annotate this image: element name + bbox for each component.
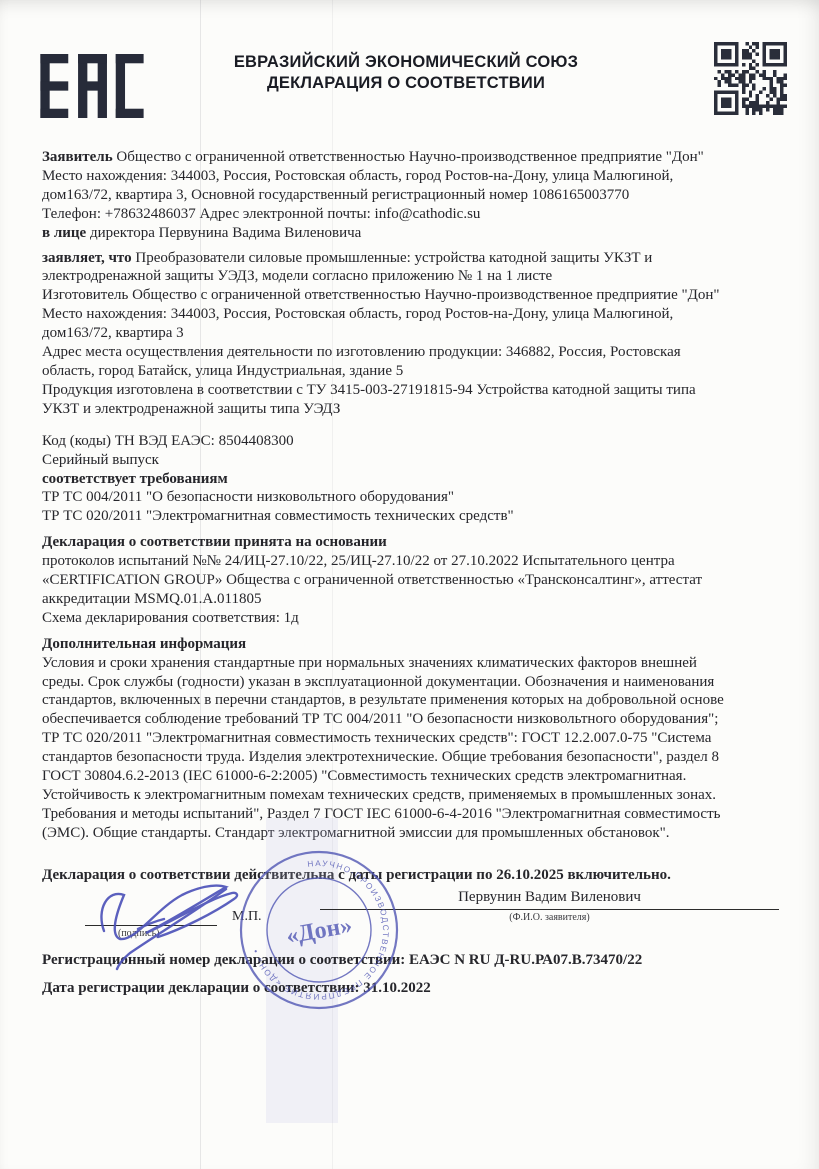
declaration-document: ЕВРАЗИЙСКИЙ ЭКОНОМИЧЕСКИЙ СОЮЗ ДЕКЛАРАЦИ… <box>0 0 819 1169</box>
text-line: УКЗТ и электродренажной защиты типа УЭДЗ <box>42 400 783 419</box>
text-line: Заявитель Общество с ограниченной ответс… <box>42 148 783 167</box>
text-segment: ТР ТС 020/2011 "Электромагнитная совмест… <box>42 508 514 524</box>
document-header: ЕВРАЗИЙСКИЙ ЭКОНОМИЧЕСКИЙ СОЮЗ ДЕКЛАРАЦИ… <box>0 0 819 118</box>
declaration-title: ДЕКЛАРАЦИЯ О СООТВЕТСТВИИ <box>144 73 668 94</box>
document-body: Заявитель Общество с ограниченной ответс… <box>42 148 783 885</box>
union-title: ЕВРАЗИЙСКИЙ ЭКОНОМИЧЕСКИЙ СОЮЗ <box>144 52 668 73</box>
text-group: заявляет, что Преобразователи силовые пр… <box>42 249 783 419</box>
text-line: ТР ТС 020/2011 "Электромагнитная совмест… <box>42 507 783 526</box>
text-line: Устойчивость к электромагнитным помехам … <box>42 786 783 805</box>
text-line: Серийный выпуск <box>42 451 783 470</box>
text-line: Код (коды) ТН ВЭД ЕАЭС: 8504408300 <box>42 432 783 451</box>
text-line: область, город Батайск, улица Индустриал… <box>42 362 783 381</box>
text-segment: заявляет, что <box>42 250 132 266</box>
text-line: аккредитации MSMQ.01.A.011805 <box>42 590 783 609</box>
text-segment: Заявитель <box>42 149 113 165</box>
text-segment: Место нахождения: 344003, Россия, Ростов… <box>42 168 673 184</box>
text-line: Телефон: +78632486037 Адрес электронной … <box>42 205 783 224</box>
text-segment: Продукция изготовлена в соответствии с Т… <box>42 382 696 398</box>
text-segment: дом163/72, квартира 3, Основной государс… <box>42 187 629 203</box>
text-group: Заявитель Общество с ограниченной ответс… <box>42 148 783 243</box>
text-line: стандартов, включенных в перечни стандар… <box>42 691 783 710</box>
text-segment: «CERTIFICATION GROUP» Общества с огранич… <box>42 572 702 588</box>
text-segment: Дополнительная информация <box>42 636 246 652</box>
text-segment: директора Первунина Вадима Виленовича <box>86 225 361 241</box>
text-segment: стандартов безопасности труда. Изделия э… <box>42 749 719 765</box>
text-segment: обеспечивается соблюдение требований ТР … <box>42 711 718 727</box>
text-line: дом163/72, квартира 3, Основной государс… <box>42 186 783 205</box>
text-line: «CERTIFICATION GROUP» Общества с огранич… <box>42 571 783 590</box>
text-line: Место нахождения: 344003, Россия, Ростов… <box>42 167 783 186</box>
text-segment: аккредитации MSMQ.01.A.011805 <box>42 591 261 607</box>
text-group: Дополнительная информацияУсловия и сроки… <box>42 635 783 843</box>
text-line: соответствует требованиям <box>42 470 783 489</box>
text-segment: Изготовитель Общество с ограниченной отв… <box>42 287 719 303</box>
text-segment: Место нахождения: 344003, Россия, Ростов… <box>42 306 673 322</box>
text-line: Место нахождения: 344003, Россия, Ростов… <box>42 305 783 324</box>
text-group: Код (коды) ТН ВЭД ЕАЭС: 8504408300Серийн… <box>42 432 783 527</box>
text-segment: УКЗТ и электродренажной защиты типа УЭДЗ <box>42 401 340 417</box>
text-segment: в лице <box>42 225 86 241</box>
eac-logo-icon <box>40 54 144 118</box>
text-line: Дополнительная информация <box>42 635 783 654</box>
text-segment: Условия и сроки хранения стандартные при… <box>42 655 697 671</box>
text-line: Декларация о соответствии принята на осн… <box>42 533 783 552</box>
text-line: заявляет, что Преобразователи силовые пр… <box>42 249 783 268</box>
text-line: Условия и сроки хранения стандартные при… <box>42 654 783 673</box>
text-line: Требования и методы испытаний", Раздел 7… <box>42 805 783 824</box>
text-line: протоколов испытаний №№ 24/ИЦ-27.10/22, … <box>42 552 783 571</box>
qr-code-icon <box>714 42 787 115</box>
text-group: Декларация о соответствии принята на осн… <box>42 533 783 628</box>
text-segment: область, город Батайск, улица Индустриал… <box>42 363 403 379</box>
text-line: Схема декларирования соответствия: 1д <box>42 609 783 628</box>
signature-block: (подпись) М.П. НАУЧНО-ПРОИЗВОДСТВЕННОЕ П… <box>42 887 783 945</box>
text-segment: Код (коды) ТН ВЭД ЕАЭС: 8504408300 <box>42 433 294 449</box>
text-line: ТР ТС 020/2011 "Электромагнитная совмест… <box>42 729 783 748</box>
text-segment: ТР ТС 004/2011 "О безопасности низковоль… <box>42 489 454 505</box>
text-segment: среды. Срок службы (годности) указан в э… <box>42 674 714 690</box>
text-segment: Схема декларирования соответствия: 1д <box>42 610 299 626</box>
document-title-block: ЕВРАЗИЙСКИЙ ЭКОНОМИЧЕСКИЙ СОЮЗ ДЕКЛАРАЦИ… <box>144 52 714 94</box>
text-line: ГОСТ 30804.6.2-2013 (IEC 61000-6-2:2005)… <box>42 767 783 786</box>
text-line: дом163/72, квартира 3 <box>42 324 783 343</box>
text-segment: дом163/72, квартира 3 <box>42 325 184 341</box>
text-line: Адрес места осуществления деятельности п… <box>42 343 783 362</box>
text-segment: Общество с ограниченной ответственностью… <box>113 149 704 165</box>
text-segment: Требования и методы испытаний", Раздел 7… <box>42 806 720 822</box>
text-segment: протоколов испытаний №№ 24/ИЦ-27.10/22, … <box>42 553 675 569</box>
text-segment: стандартов, включенных в перечни стандар… <box>42 692 724 708</box>
text-segment: электродренажной защиты УЭДЗ, модели сог… <box>42 268 552 284</box>
stamp-center-text: «Дон» <box>284 912 354 949</box>
text-segment: Серийный выпуск <box>42 452 159 468</box>
text-segment: Декларация о соответствии принята на осн… <box>42 534 387 550</box>
text-segment: Адрес места осуществления деятельности п… <box>42 344 681 360</box>
text-line: в лице директора Первунина Вадима Вилено… <box>42 224 783 243</box>
text-segment: Телефон: +78632486037 Адрес электронной … <box>42 206 480 222</box>
text-segment: Устойчивость к электромагнитным помехам … <box>42 787 716 803</box>
text-line: Изготовитель Общество с ограниченной отв… <box>42 286 783 305</box>
company-stamp-icon: НАУЧНО-ПРОИЗВОДСТВЕННОЕ ПРЕДПРИЯТИЕ «ДОН… <box>221 831 418 1028</box>
text-line: обеспечивается соблюдение требований ТР … <box>42 710 783 729</box>
text-segment: Преобразователи силовые промышленные: ус… <box>132 250 653 266</box>
text-line: Продукция изготовлена в соответствии с Т… <box>42 381 783 400</box>
text-line: стандартов безопасности труда. Изделия э… <box>42 748 783 767</box>
text-line: электродренажной защиты УЭДЗ, модели сог… <box>42 267 783 286</box>
text-line: ТР ТС 004/2011 "О безопасности низковоль… <box>42 488 783 507</box>
text-line: среды. Срок службы (годности) указан в э… <box>42 673 783 692</box>
text-segment: ГОСТ 30804.6.2-2013 (IEC 61000-6-2:2005)… <box>42 768 686 784</box>
text-line: (ЭМС). Общие стандарты. Стандарт электро… <box>42 824 783 843</box>
text-segment: ТР ТС 020/2011 "Электромагнитная совмест… <box>42 730 711 746</box>
